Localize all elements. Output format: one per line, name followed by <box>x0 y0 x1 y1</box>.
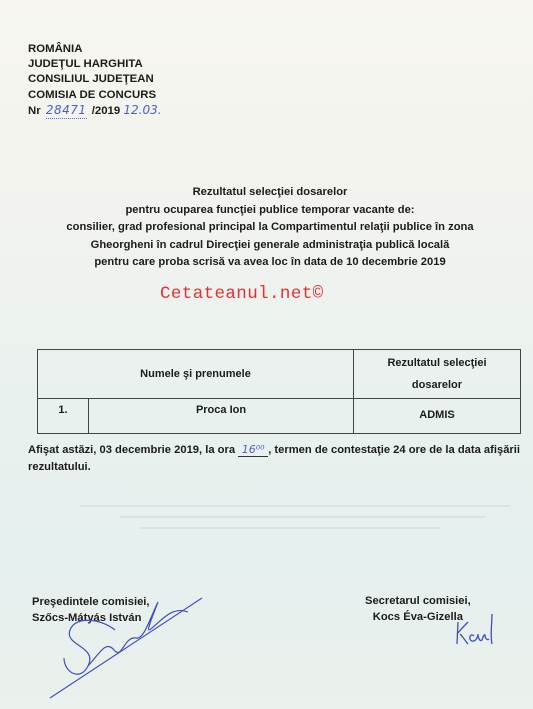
bleed-line <box>120 516 486 518</box>
commission-line: COMISIA DE CONCURS <box>28 88 162 103</box>
table-header-row: Numele şi prenumele Rezultatul selecţiei… <box>38 350 521 399</box>
title-line-3: consilier, grad profesional principal la… <box>20 219 520 237</box>
handwritten-hour: 16⁰⁰ <box>242 443 265 456</box>
bleed-line <box>80 505 510 507</box>
registration-year: /2019 <box>92 105 121 117</box>
results-table: Numele şi prenumele Rezultatul selecţiei… <box>37 349 521 434</box>
document-page: ROMÂNIA JUDEŢUL HARGHITA CONSILIUL JUDEŢ… <box>0 0 533 709</box>
secretary-title: Secretarul comisiei, <box>365 593 471 609</box>
header-result-line-1: Rezultatul selecţiei <box>354 352 520 374</box>
posting-notice-start: Afişat astăzi, 03 decembrie 2019, la ora <box>28 444 238 456</box>
president-name: Szőcs-Mátyás István <box>32 611 150 627</box>
handwritten-registration-number: 28471 <box>46 103 87 119</box>
nr-label: Nr <box>28 105 41 117</box>
country-line: ROMÂNIA <box>28 42 162 57</box>
title-line-5: pentru care proba scrisă va avea loc în … <box>20 254 520 272</box>
header-result-cell: Rezultatul selecţiei dosarelor <box>354 350 521 399</box>
row-name-cell: Proca Ion <box>89 399 354 434</box>
watermark: Cetateanul.net© <box>160 284 324 304</box>
president-title: Preşedintele comisiei, <box>32 595 150 611</box>
posting-notice: Afişat astăzi, 03 decembrie 2019, la ora… <box>28 442 520 476</box>
issuer-header: ROMÂNIA JUDEŢUL HARGHITA CONSILIUL JUDEŢ… <box>28 42 162 119</box>
registration-number-line: Nr 28471 /2019 12.03. <box>28 103 162 119</box>
handwritten-hour-field: 16⁰⁰ <box>238 444 268 457</box>
council-line: CONSILIUL JUDEŢEAN <box>28 72 162 87</box>
title-line-2: pentru ocuparea funcţiei publice tempora… <box>20 202 520 220</box>
title-line-1: Rezultatul selecţiei dosarelor <box>20 184 520 202</box>
secretary-signature-block: Secretarul comisiei, Kocs Éva-Gizella <box>365 593 471 625</box>
secretary-name: Kocs Éva-Gizella <box>365 609 471 625</box>
title-line-4: Gheorgheni în cadrul Direcţiei generale … <box>20 237 520 255</box>
document-title: Rezultatul selecţiei dosarelor pentru oc… <box>20 184 520 272</box>
bleed-through-texture <box>80 505 510 545</box>
president-signature-block: Preşedintele comisiei, Szőcs-Mátyás Istv… <box>32 595 150 626</box>
header-name-cell: Numele şi prenumele <box>38 350 354 399</box>
bleed-line <box>140 527 441 529</box>
table-row: 1. Proca Ion ADMIS <box>38 399 521 434</box>
handwritten-registration-date: 12.03. <box>123 103 161 117</box>
county-line: JUDEŢUL HARGHITA <box>28 57 162 72</box>
header-result-line-2: dosarelor <box>354 374 520 396</box>
row-index-cell: 1. <box>38 399 89 434</box>
row-result-cell: ADMIS <box>354 399 521 434</box>
